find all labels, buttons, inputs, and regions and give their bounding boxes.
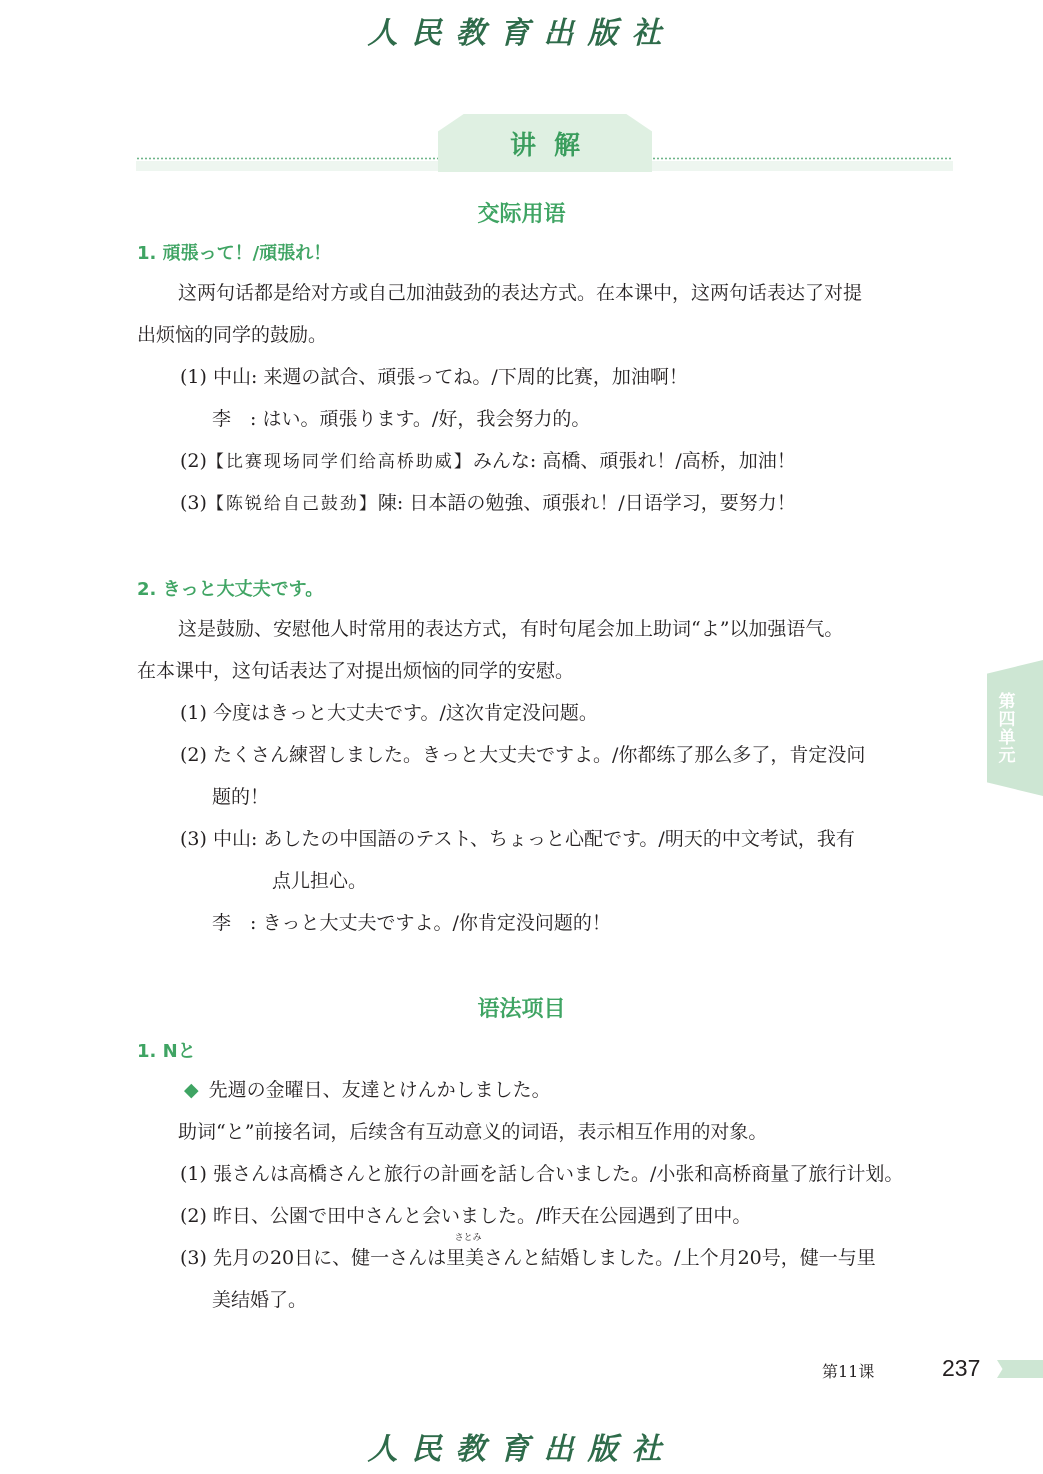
ruby-word: さとみ里美 — [446, 1246, 484, 1270]
header-tab-label: 讲解 — [510, 125, 598, 162]
example-line-continued: 题的！ — [212, 785, 269, 809]
paragraph-line: 在本课中，这句话表达了对提出烦恼的同学的安慰。 — [137, 659, 574, 683]
example-line: (3) 中山: あしたの中国語のテスト、ちょっと心配です。/明天的中文考试，我有 — [180, 827, 855, 851]
item-heading: 1. Nと — [137, 1037, 196, 1063]
unit-side-tab: 第四单元 — [987, 660, 1043, 796]
publisher-logo: 人民教育出版社 — [0, 1424, 1043, 1468]
example-line: 李 : きっと大丈夫ですよ。/你肯定没问题的！ — [212, 911, 611, 935]
example-line: (1) 中山: 来週の試合、頑張ってね。/下周的比赛，加油啊！ — [180, 365, 688, 389]
diamond-icon: ◆ — [184, 1079, 199, 1101]
paragraph-line: 出烦恼的同学的鼓励。 — [137, 323, 327, 347]
example-line: (1) 張さんは高橋さんと旅行の計画を話し合いました。/小张和高桥商量了旅行计划… — [180, 1162, 903, 1186]
example-line: (2) たくさん練習しました。きっと大丈夫ですよ。/你都练了那么多了，肯定没问 — [180, 743, 865, 767]
item-heading: 2. きっと大丈夫です。 — [137, 575, 323, 601]
page-marker-bar — [997, 1360, 1043, 1378]
item-heading: 1. 頑張って！/頑張れ！ — [137, 239, 331, 265]
example-line: 李 : はい。頑張ります。/好，我会努力的。 — [212, 407, 590, 431]
paragraph-line: 助词“と”前接名词，后续含有互动意义的词语，表示相互作用的对象。 — [178, 1120, 767, 1144]
example-line: (2) 昨日、公園で田中さんと会いました。/昨天在公园遇到了田中。 — [180, 1204, 751, 1228]
header-tab: 讲解 — [438, 114, 652, 172]
publisher-logo: 人民教育出版社 — [0, 8, 1043, 52]
paragraph-line: 这是鼓励、安慰他人时常用的表达方式，有时句尾会加上助词“よ”以加强语气。 — [178, 617, 843, 641]
section-title-communication: 交际用语 — [0, 197, 1043, 228]
example-line: (3)【陈锐给自己鼓劲】陳: 日本語の勉強、頑張れ！/日语学习，要努力！ — [180, 491, 796, 516]
paragraph-line: 这两句话都是给对方或自己加油鼓劲的表达方式。在本课中，这两句话表达了对提 — [178, 281, 862, 305]
example-line-continued: 美结婚了。 — [212, 1288, 307, 1312]
section-title-grammar: 语法项目 — [0, 992, 1043, 1023]
example-line: (3) 先月の20日に、健一さんはさとみ里美さんと結婚しました。/上个月20号，… — [180, 1246, 876, 1270]
page-number: 237 — [942, 1355, 980, 1382]
example-line: (1) 今度はきっと大丈夫です。/这次肯定没问题。 — [180, 701, 598, 725]
lesson-label: 第11课 — [822, 1359, 874, 1382]
example-line: (2)【比赛现场同学们给高桥助威】みんな: 高橋、頑張れ！/高桥，加油！ — [180, 449, 796, 474]
example-line-continued: 点儿担心。 — [272, 869, 367, 893]
key-sentence: ◆先週の金曜日、友達とけんかしました。 — [184, 1078, 551, 1102]
unit-side-tab-label: 第四单元 — [993, 692, 1018, 764]
